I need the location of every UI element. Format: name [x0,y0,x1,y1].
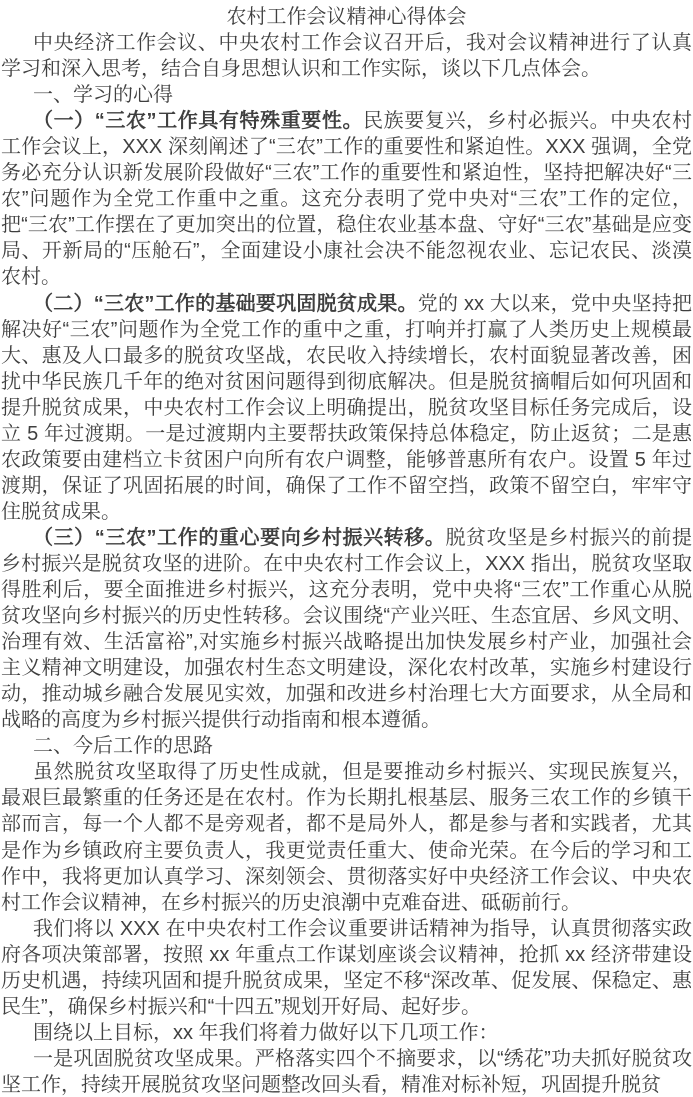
paragraph: 围绕以上目标，xx 年我们将着力做好以下几项工作： [1,1020,692,1046]
paragraph-lead: （二）“三农”工作的基础要巩固脱贫成果。 [33,293,418,315]
paragraph: （二）“三农”工作的基础要巩固脱贫成果。党的 xx 大以来，党中央坚持把解决好“… [1,291,692,525]
paragraph-lead: （三）“三农”工作的重心要向乡村振兴转移。 [33,527,445,549]
section-heading: 一、学习的心得 [1,82,692,108]
paragraph-text: 脱贫攻坚是乡村振兴的前提乡村振兴是脱贫攻坚的进阶。在中央农村工作会议上，XXX … [1,527,692,731]
paragraph: （三）“三农”工作的重心要向乡村振兴转移。脱贫攻坚是乡村振兴的前提乡村振兴是脱贫… [1,525,692,733]
document-body: 农村工作会议精神心得体会中央经济工作会议、中央农村工作会议召开后，我对会议精神进… [1,4,692,1097]
paragraph: 一是巩固脱贫攻坚成果。严格落实四个不摘要求，以“绣花”功夫抓好脱贫攻坚工作，持续… [1,1046,692,1097]
paragraph-text: 党的 xx 大以来，党中央坚持把解决好“三农”问题作为全党工作的重中之重，打响并… [1,293,692,523]
paragraph-lead: （一）“三农”工作具有特殊重要性。 [33,110,363,132]
paragraph: 我们将以 XXX 在中央农村工作会议重要讲话精神为指导，认真贯彻落实政府各项决策… [1,916,692,1020]
paragraph: （一）“三农”工作具有特殊重要性。民族要复兴，乡村必振兴。中央农村工作会议上，X… [1,108,692,290]
doc-title: 农村工作会议精神心得体会 [1,4,692,30]
paragraph: 中央经济工作会议、中央农村工作会议召开后，我对会议精神进行了认真学习和深入思考，… [1,30,692,82]
document-page: 农村工作会议精神心得体会中央经济工作会议、中央农村工作会议召开后，我对会议精神进… [0,0,693,1097]
paragraph: 虽然脱贫攻坚取得了历史性成就，但是要推动乡村振兴、实现民族复兴，最艰巨最繁重的任… [1,759,692,915]
section-heading: 二、今后工作的思路 [1,733,692,759]
paragraph-text: 民族要复兴，乡村必振兴。中央农村工作会议上，XXX 深刻阐述了“三农”工作的重要… [1,110,692,288]
